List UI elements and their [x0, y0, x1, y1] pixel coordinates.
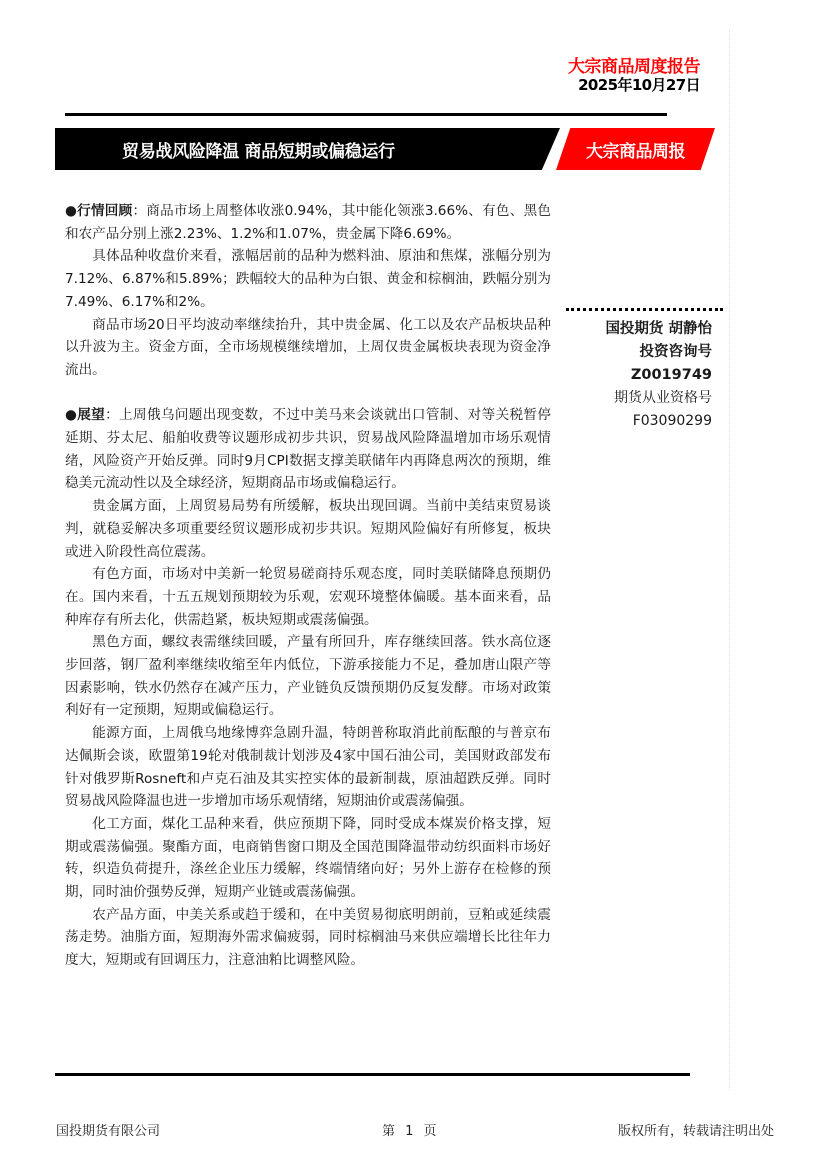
review-paragraph-2: 具体品种收盘价来看，涨幅居前的品种为燃料油、原油和焦煤，涨幅分别为7.12%、6… — [65, 245, 551, 313]
outlook-heading: 展望 — [77, 407, 105, 423]
footer-copyright: 版权所有，转载请注明出处 — [618, 1120, 774, 1139]
page-margin-guide — [729, 30, 730, 1090]
analyst-info: 国投期货 胡静怡 投资咨询号 Z0019749 期货从业资格号 F0309029… — [605, 318, 712, 433]
headline: 贸易战风险降温 商品短期或偏稳运行 — [122, 137, 395, 162]
header-rule — [65, 113, 667, 116]
footer-page-number: 第 1 页 — [382, 1120, 437, 1139]
review-paragraph-3: 商品市场20日平均波动率继续抬升，其中贵金属、化工以及农产品板块品种以升波为主。… — [65, 314, 551, 382]
outlook-bullet: ● — [65, 407, 77, 423]
sidebar-separator — [566, 308, 723, 311]
outlook-precious-metals: 贵金属方面，上周贸易局势有所缓解，板块出现回调。当前中美结束贸易谈判，就稳妥解决… — [65, 495, 551, 563]
review-bullet: ● — [65, 203, 77, 219]
report-date: 2025年10月27日 — [578, 74, 700, 95]
outlook-agriculture: 农产品方面，中美关系或趋于缓和，在中美贸易彻底明朗前，豆粕或延续震荡走势。油脂方… — [65, 904, 551, 972]
report-tag: 大宗商品周报 — [556, 137, 715, 162]
review-heading: 行情回顾 — [77, 203, 132, 219]
license-number: F03090299 — [605, 410, 712, 433]
footer-rule — [55, 1073, 690, 1076]
outlook-paragraph-1: ●展望：上周俄乌问题出现变数，不过中美马来会谈就出口管制、对等关税暂停延期、芬太… — [65, 404, 551, 495]
license-label: 期货从业资格号 — [605, 387, 712, 410]
outlook-energy: 能源方面，上周俄乌地缘博弈急剧升温，特朗普称取消此前酝酿的与普京布达佩斯会谈，欧… — [65, 722, 551, 813]
review-paragraph-1: ●行情回顾：商品市场上周整体收涨0.94%，其中能化领涨3.66%、有色、黑色和… — [65, 200, 551, 245]
footer-company: 国投期货有限公司 — [56, 1120, 160, 1139]
consult-label: 投资咨询号 — [605, 341, 712, 364]
report-body: ●行情回顾：商品市场上周整体收涨0.94%，其中能化领涨3.66%、有色、黑色和… — [65, 200, 551, 972]
outlook-chemicals: 化工方面，煤化工品种来看，供应预期下降，同时受成本煤炭价格支撑，短期或震荡偏强。… — [65, 813, 551, 904]
consult-number: Z0019749 — [605, 364, 712, 387]
outlook-ferrous: 黑色方面，螺纹表需继续回暖，产量有所回升，库存继续回落。铁水高位逐步回落，钢厂盈… — [65, 631, 551, 722]
analyst-name: 国投期货 胡静怡 — [605, 318, 712, 341]
outlook-nonferrous: 有色方面，市场对中美新一轮贸易磋商持乐观态度，同时美联储降息预期仍在。国内来看，… — [65, 563, 551, 631]
